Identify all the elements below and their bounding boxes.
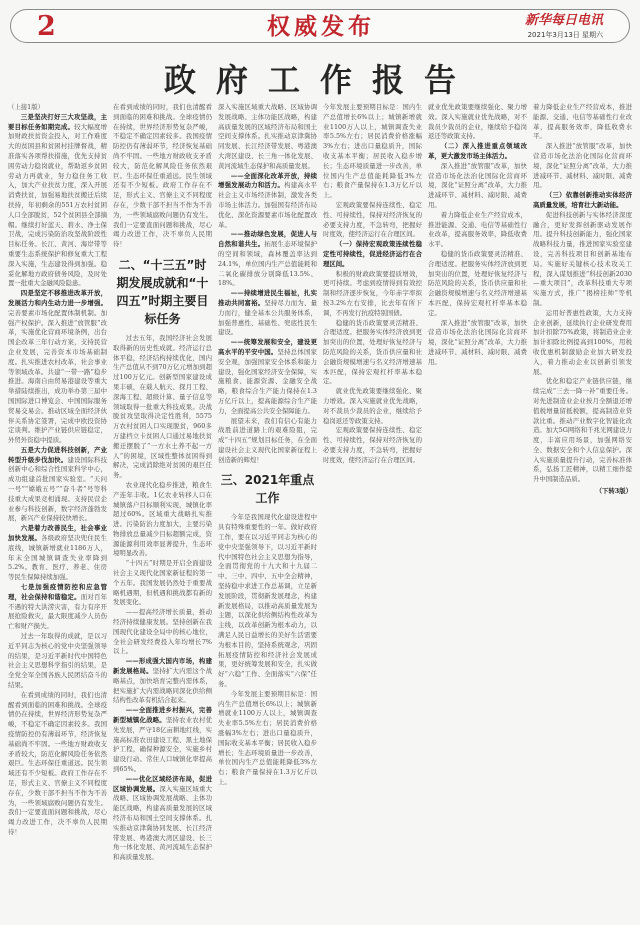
paragraph: ——优化区域经济布局，促进区域协调发展。深入实施区域重大战略、区域协调发展战略、… bbox=[113, 775, 212, 863]
paragraph: 稳健的货币政策要灵活精准、合理适度。把服务实体经济放到更加突出的位置，处理好恢复… bbox=[323, 319, 422, 388]
paragraph: 四是坚定不移推进改革开放，发展活力和内生动力进一步增强。完善要素市场化配置体制机… bbox=[8, 289, 107, 446]
paragraph: 五是大力促进科技创新，产业转型升级步伐加快。建设国际科技创新中心和综合性国家科学… bbox=[8, 446, 107, 524]
column-3: 深入实施区域重大战略、区域协调发展战略、主体功能区战略，构建高质量发展的区域经济… bbox=[218, 103, 317, 915]
paragraph: 着力降低企业生产经营成本，推进能源、交通、电信等基础性行业改革，提高服务效率，降… bbox=[533, 103, 632, 142]
paragraph: 稳健的货币政策要灵活精准、合理适度。把服务实体经济放到更加突出的位置，处理好恢复… bbox=[428, 250, 527, 319]
paragraph: ——推动绿色发展，促进人与自然和谐共生。拓展生态环境保护的空间和领域，森林覆盖率… bbox=[218, 230, 317, 289]
column-2: 在看到成绩的同时，我们也清醒看到面临的困难和挑战。全球疫情仍在持续，世界经济形势… bbox=[113, 103, 212, 915]
paragraph: 三是坚决打好三大攻坚战，主要目标任务如期完成。较大幅度增加财政扶贫资金投入，对工… bbox=[8, 113, 107, 289]
subsection-heading: （三）依靠创新推动实体经济高质量发展，培育壮大新动能。 bbox=[533, 191, 632, 211]
paragraph: 就业优先政策要继续强化、聚力增效。深入实施就业优先战略，对不裁员少裁员的企业，继… bbox=[428, 103, 527, 142]
masthead: 2 权威发布 新华每日电讯 2021年3月13日 星期六 bbox=[10, 9, 630, 43]
article-columns: （上接1版） 三是坚决打好三大攻坚战，主要目标任务如期完成。较大幅度增加财政扶贫… bbox=[8, 103, 632, 915]
paragraph: ——全面推进乡村振兴，完善新型城镇化战略。坚持农业农村优先发展，严守18亿亩耕地… bbox=[113, 706, 212, 775]
paragraph: ——形成强大国内市场，构建新发展格局。坚持扩大内需这个战略基点，加快培育完整内需… bbox=[113, 657, 212, 706]
paragraph: ——全面深化改革开放，持续增强发展动力和活力。构建高水平社会主义市场经济体制，激… bbox=[218, 172, 317, 231]
continued-to: （下转3版） bbox=[533, 487, 632, 497]
page-headline: 政府工作报告 bbox=[0, 60, 640, 100]
issue-date: 2021年3月13日 星期六 bbox=[525, 30, 603, 40]
column-4: 今年发展主要预期目标是：国内生产总值增长6%以上；城镇新增就业1100万人以上，… bbox=[323, 103, 422, 915]
paragraph: “十四五”时期是开启全面建设社会主义现代化国家新征程的第一个五年。我国发展仍然处… bbox=[113, 559, 212, 608]
paragraph: 就业优先政策要继续强化、聚力增效。深入实施就业优先战略，对不裁员少裁员的企业，继… bbox=[323, 387, 422, 426]
paragraph: 运用好普惠性政策，大力支持企业创新，延续执行企业研发费用加计扣除75%政策，将制… bbox=[533, 309, 632, 378]
paragraph: ——提高经济增长质量，推动经济持续健康发展。坚持创新在我国现代化建设全局中的核心… bbox=[113, 608, 212, 657]
column-1: （上接1版） 三是坚决打好三大攻坚战，主要目标任务如期完成。较大幅度增加财政扶贫… bbox=[8, 103, 107, 915]
subsection-heading: （二）深入推进重点领域改革，更大激发市场主体活力。 bbox=[428, 142, 527, 162]
brand-logo: 新华每日电讯 bbox=[525, 12, 603, 30]
paragraph: 今年发展主要预期目标是：国内生产总值增长6%以上；城镇新增就业1100万人以上，… bbox=[323, 103, 422, 201]
paragraph: 积极的财政政策要提质增效，更可持续。考虑到疫情得到有效控制和经济逐步恢复，今年赤… bbox=[323, 270, 422, 319]
continued-from: （上接1版） bbox=[8, 103, 107, 113]
paragraph: 宏观政策要保持连续性、稳定性、可持续性，保持对经济恢复的必要支持力度，不急转弯，… bbox=[323, 426, 422, 465]
paragraph: 深入实施区域重大战略、区域协调发展战略、主体功能区战略，构建高质量发展的区域经济… bbox=[218, 103, 317, 172]
paragraph: 深入推进“放管服”改革，加快营造市场化法治化国际化营商环境，深化“证照分离”改革… bbox=[428, 319, 527, 368]
paragraph: 今年发展主要预期目标是：国内生产总值增长6%以上；城镇新增就业1100万人以上，… bbox=[218, 690, 317, 788]
paragraph: 在看到成绩的同时，我们也清醒看到面临的困难和挑战。全球疫情仍在持续，世界经济形势… bbox=[113, 103, 212, 250]
paragraph: 促进科技创新与实体经济深度融合，更好发挥创新驱动发展作用。提升科技创新能力，强化… bbox=[533, 211, 632, 309]
paragraph: 过去一年取得的成就，是以习近平同志为核心的党中央坚强领导的结果，是习近平新时代中… bbox=[8, 632, 107, 691]
paragraph: 农业现代化稳步推进，粮食生产连年丰收。1亿农业转移人口在城镇落户目标顺利实现，城… bbox=[113, 481, 212, 559]
paragraph: 深入推进“放管服”改革，加快营造市场化法治化国际化营商环境，深化“证照分离”改革… bbox=[428, 162, 527, 211]
paragraph: 展望未来，我们有信心有能力战胜前进道路上的艰难险阻，完成“十四五”规划目标任务，… bbox=[218, 417, 317, 466]
paragraph: 宏观政策要保持连续性、稳定性、可持续性，保持对经济恢复的必要支持力度，不急转弯，… bbox=[323, 201, 422, 240]
paragraph: 优化和稳定产业链供应链，继续完成“三去一降一补”重要任务。对先进制造业企业按月全… bbox=[533, 377, 632, 485]
paragraph: 七是加强疫情防控和应急管理，社会保持和谐稳定。面对百年不遇的特大洪涝灾害，有力有… bbox=[8, 583, 107, 632]
section-heading-3: 三、2021年重点工作 bbox=[218, 471, 317, 507]
paragraph: ——统筹发展和安全，建设更高水平的平安中国。坚持总体国家安全观，加强国家安全体系… bbox=[218, 338, 317, 416]
brand-block: 新华每日电讯 2021年3月13日 星期六 bbox=[525, 12, 603, 40]
paragraph: ——持续增进民生福祉，扎实推动共同富裕。坚持尽力而为、量力而行，健全基本公共服务… bbox=[218, 289, 317, 338]
section-heading-2: 二、“十三五”时期发展成就和“十四五”时期主要目标任务 bbox=[113, 256, 212, 328]
paragraph: 过去五年，我国经济社会发展取得新的历史性成就。经济运行总体平稳，经济结构持续优化… bbox=[113, 334, 212, 481]
paragraph: 在看到成绩的同时，我们也清醒看到面临的困难和挑战。全球疫情仍在持续，世界经济形势… bbox=[8, 691, 107, 838]
paragraph: 深入推进“放管服”改革，加快营造市场化法治化国际化营商环境，深化“证照分离”改革… bbox=[533, 142, 632, 191]
paragraph-lead: 四是坚定不移推进改革开放，发展活力和内生动力进一步增强。 bbox=[8, 289, 107, 307]
column-6: 着力降低企业生产经营成本，推进能源、交通、电信等基础性行业改革，提高服务效率，降… bbox=[533, 103, 632, 915]
paragraph: 今年是我国现代化建设进程中具有特殊重要性的一年。做好政府工作，要在以习近平同志为… bbox=[218, 513, 317, 689]
paragraph: 着力降低企业生产经营成本，推进能源、交通、电信等基础性行业改革，提高服务效率，降… bbox=[428, 211, 527, 250]
newspaper-page: 2 权威发布 新华每日电讯 2021年3月13日 星期六 政府工作报告 （上接1… bbox=[0, 0, 640, 925]
paragraph: 六是着力改善民生，社会事业加快发展。各级政府坚决兜住民生底线，城镇新增就业118… bbox=[8, 524, 107, 583]
column-5: 就业优先政策要继续强化、聚力增效。深入实施就业优先战略，对不裁员少裁员的企业，继… bbox=[428, 103, 527, 915]
subsection-heading: （一）保持宏观政策连续性稳定性可持续性，促进经济运行在合理区间。 bbox=[323, 240, 422, 269]
